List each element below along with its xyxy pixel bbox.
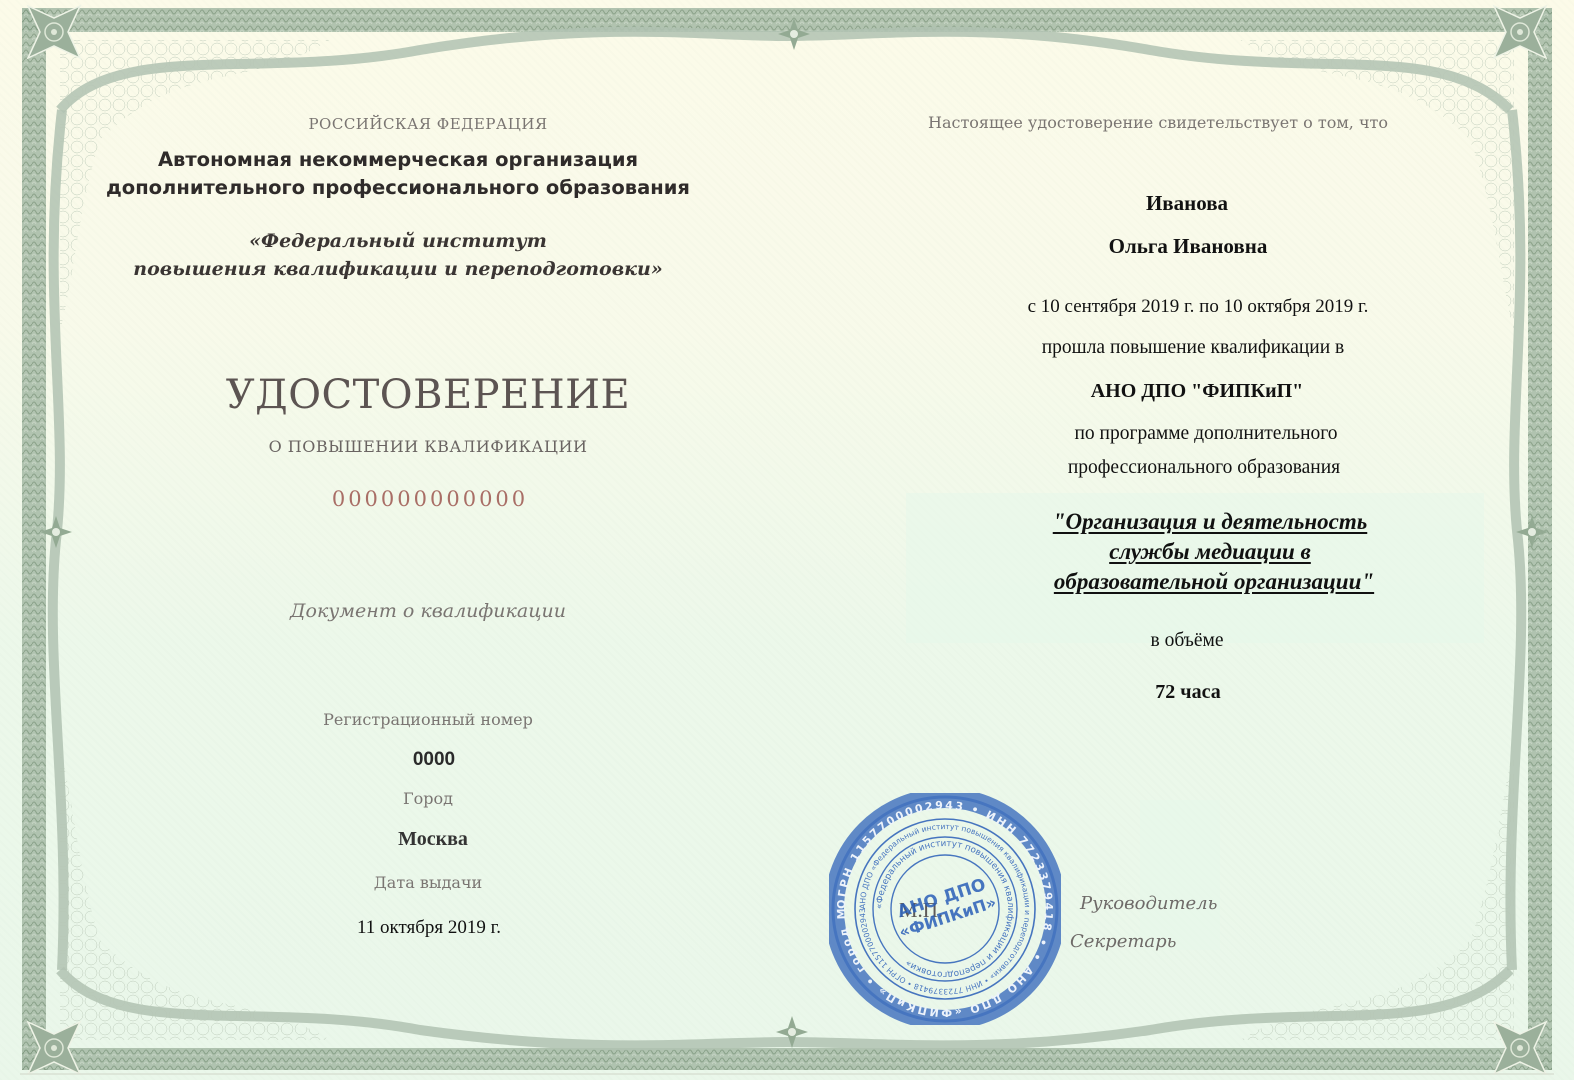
city-value: Москва xyxy=(398,828,468,851)
certifies-intro: Настоящее удостоверение свидетельствует … xyxy=(928,113,1388,132)
organization-short-name: АНО ДПО "ФИПКиП" xyxy=(1091,380,1304,403)
hours-value: 72 часа xyxy=(1155,681,1220,704)
secretary-signature-label: Секретарь xyxy=(1070,931,1176,952)
completed-text: прошла повышение квалификации в xyxy=(1042,337,1345,359)
training-period: с 10 сентября 2019 г. по 10 октября 2019… xyxy=(1028,296,1369,318)
organization-name-line1: Автономная некоммерческая организация xyxy=(158,148,638,171)
institute-name-line1: «Федеральный институт xyxy=(249,230,547,252)
volume-label: в объёме xyxy=(1150,630,1223,652)
certificate: РОССИЙСКАЯ ФЕДЕРАЦИЯ Автономная некоммер… xyxy=(0,0,1574,1080)
institute-name-line2: повышения квалификации и переподготовки» xyxy=(133,258,662,280)
document-type: Документ о квалификации xyxy=(290,600,566,622)
course-title-line2: службы медиации в xyxy=(1109,539,1311,565)
holder-name: Ольга Ивановна xyxy=(1109,234,1268,259)
program-line2: профессионального образования xyxy=(1068,457,1340,479)
head-signature-label: Руководитель xyxy=(1080,893,1217,914)
country-label: РОССИЙСКАЯ ФЕДЕРАЦИЯ xyxy=(308,115,547,133)
paste-patch xyxy=(1140,800,1220,950)
registration-number-label: Регистрационный номер xyxy=(323,710,533,729)
official-stamp: ОГРН 1157700002943 • ИНН 7723379418 • • … xyxy=(829,793,1061,1025)
course-title-line1: "Организация и деятельность xyxy=(1053,509,1368,535)
issue-date: 11 октября 2019 г. xyxy=(357,917,501,939)
document-title: УДОСТОВЕРЕНИЕ xyxy=(226,372,630,418)
issue-date-label: Дата выдачи xyxy=(374,873,482,892)
organization-name-line2: дополнительного профессионального образо… xyxy=(106,176,690,199)
course-title-line3: образовательной организации" xyxy=(1054,569,1374,595)
program-line1: по программе дополнительного xyxy=(1074,423,1337,445)
serial-number: 000000000000 xyxy=(332,487,528,511)
city-label: Город xyxy=(403,789,453,808)
registration-number: 0000 xyxy=(413,749,455,771)
holder-surname: Иванова xyxy=(1146,191,1228,216)
document-subtitle: О ПОВЫШЕНИИ КВАЛИФИКАЦИИ xyxy=(269,437,588,456)
